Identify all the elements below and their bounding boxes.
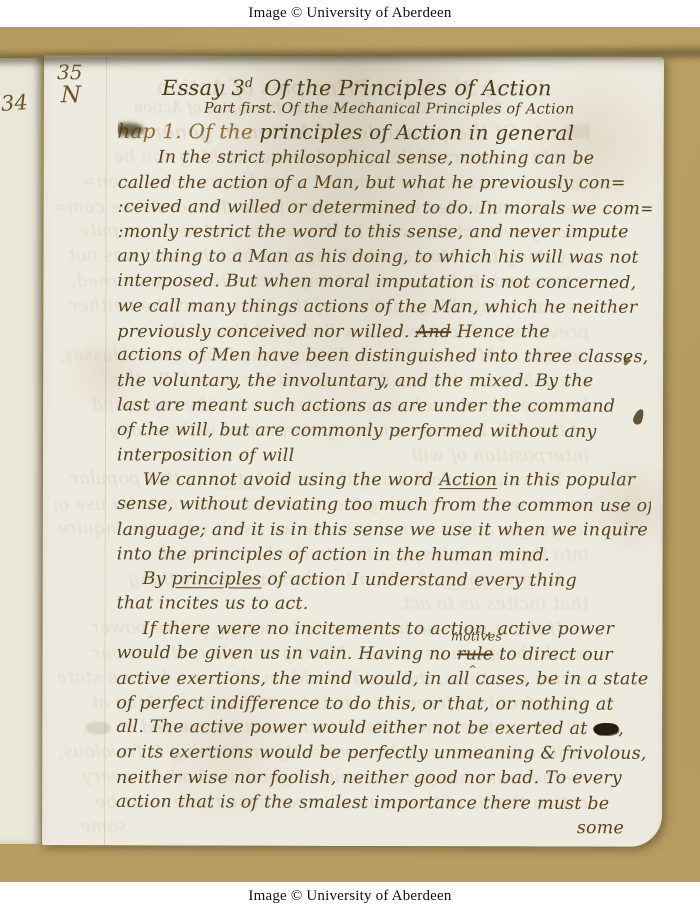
manuscript-body-line: any thing to a Man as his doing, to whic…	[117, 245, 651, 271]
facing-page-number: 34	[0, 90, 28, 116]
manuscript-body-line: sense, without deviating too much from t…	[117, 492, 651, 519]
manuscript-body-line: In the strict philosophical sense, nothi…	[158, 145, 652, 171]
scanned-document-view: Image © University of Aberdeen 34 Essay …	[0, 0, 700, 910]
manuscript-header-line: Part first. Of the Mechanical Principles…	[204, 101, 652, 119]
manuscript-body-line: called the action of a Man, but what he …	[118, 171, 652, 196]
manuscript-body-line: would be given us in vain. Having no rul…	[116, 641, 650, 668]
copyright-text-bottom: Image © University of Aberdeen	[248, 888, 451, 905]
manuscript-body-line: or its exertions would be perfectly unme…	[116, 741, 650, 767]
facing-page-edge: 34	[0, 58, 41, 844]
manuscript-body-line: that incites us to act.	[117, 592, 651, 618]
manuscript-body-line: By principles of action I understand eve…	[143, 567, 651, 594]
manuscript-body-line: neither wise nor foolish, neither good n…	[116, 766, 650, 791]
manuscript-body-line: interposed. But when moral imputation is…	[117, 269, 651, 296]
manuscript-text: Essay 3d Of the Principles of ActionPart…	[116, 69, 652, 836]
ink-blot	[593, 723, 618, 735]
manuscript-body-line: language; and it is in this sense we use…	[117, 518, 651, 543]
manuscript-body-line: :monly restrict the word to this sense, …	[118, 220, 652, 245]
page-number-block: 35 N	[57, 62, 83, 107]
copyright-banner-bottom: Image © University of Aberdeen	[0, 882, 700, 910]
manuscript-page: Essay 3d Of the Principles of ActionPart…	[41, 55, 664, 847]
page-number: 35	[57, 62, 83, 83]
manuscript-body-line: of the will, but are commonly performed …	[117, 418, 651, 445]
manuscript-body-line: interposition of will	[117, 443, 651, 469]
manuscript-body-line: actions of Men have been distinguished i…	[117, 343, 651, 370]
manuscript-body-line: :ceived and willed or determined to do. …	[118, 195, 652, 222]
correction: rulemotives^	[457, 642, 493, 667]
margin-crease	[104, 55, 107, 845]
manuscript-body-line: some	[116, 815, 650, 836]
copyright-banner-top: Image © University of Aberdeen	[0, 0, 700, 27]
manuscript-body-line: last are meant such actions as are under…	[117, 393, 651, 419]
manuscript-body-line: into the principles of action in the hum…	[117, 542, 651, 568]
manuscript-body-line: We cannot avoid using the word Action in…	[143, 468, 651, 493]
copyright-text-top: Image © University of Aberdeen	[248, 5, 451, 22]
manuscript-body-line: active exertions, the mind would, in all…	[116, 667, 650, 692]
manuscript-body-line: previously conceived nor willed. And Hen…	[117, 320, 651, 345]
manuscript-body-line: of perfect indifference to do this, or t…	[116, 691, 650, 717]
manuscript-header-line: Essay 3d Of the Principles of Action	[162, 70, 652, 101]
manuscript-header-line: Chap 1. Of the principles of Action in g…	[116, 117, 652, 147]
manuscript-body-line: If there were no incitements to action, …	[143, 617, 651, 642]
ink-blot	[86, 722, 111, 734]
manuscript-body-line: action that is of the smalest importance…	[116, 790, 650, 817]
manuscript-body-line: all. The active power would either not b…	[116, 715, 650, 742]
quire-letter: N	[61, 83, 83, 107]
scan-backdrop: 34 Essay 3d Of the Principles of ActionP…	[0, 27, 700, 882]
manuscript-body-line: the voluntary, the involuntary, and the …	[117, 369, 651, 394]
manuscript-body-line: we call many things actions of the Man, …	[117, 294, 651, 320]
